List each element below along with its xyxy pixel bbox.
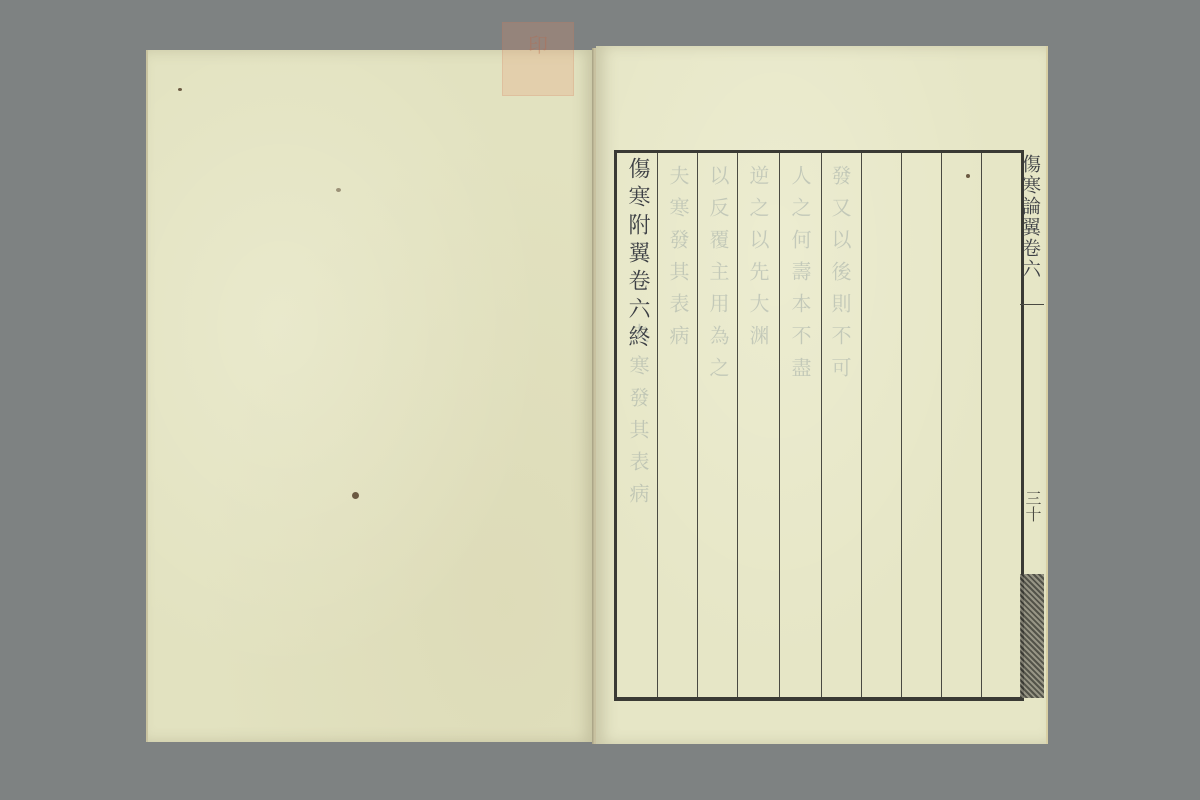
- bleed-through-text: 逆之以先大渊: [745, 165, 771, 357]
- bleed-through-text: 以反覆主用為之: [705, 165, 731, 389]
- library-seal: 印: [502, 22, 574, 96]
- margin-title: 傷寒論翼卷六: [1020, 154, 1044, 280]
- margin-page-number: 三十: [1022, 490, 1044, 522]
- column-rule: [657, 153, 658, 697]
- paper-spot: [336, 188, 341, 192]
- printed-frame: 傷寒附翼卷六終 夫寒發其表病 夫寒發其表病 以反覆主用為之 逆之以先大渊 人之何…: [614, 150, 1024, 701]
- paper-spot: [352, 492, 359, 499]
- seal-text: 印: [509, 33, 567, 57]
- column-rule: [737, 153, 738, 697]
- column-rule: [861, 153, 862, 697]
- column-rule: [697, 153, 698, 697]
- column-rule: [821, 153, 822, 697]
- black-fishtail-mark: [1020, 574, 1044, 698]
- column-rule: [941, 153, 942, 697]
- bleed-through-text: 人之何壽本不盡: [787, 165, 813, 389]
- bleed-through-text: 夫寒發其表病: [625, 323, 651, 515]
- column-rule: [779, 153, 780, 697]
- paper-spot: [178, 88, 182, 91]
- column-rule: [981, 153, 982, 697]
- bleed-through-text: 夫寒發其表病: [665, 165, 691, 357]
- margin-rule: [1020, 304, 1044, 305]
- left-page: [148, 50, 594, 742]
- bleed-through-text: 發又以後則不可: [827, 165, 853, 389]
- column-rule: [901, 153, 902, 697]
- fore-edge-margin: 傷寒論翼卷六 三十: [1020, 150, 1044, 694]
- book-spread: 印 傷寒附翼卷六終 夫寒發其表病 夫寒發其表病 以反覆主用為之 逆之以先大渊 人…: [0, 0, 1200, 800]
